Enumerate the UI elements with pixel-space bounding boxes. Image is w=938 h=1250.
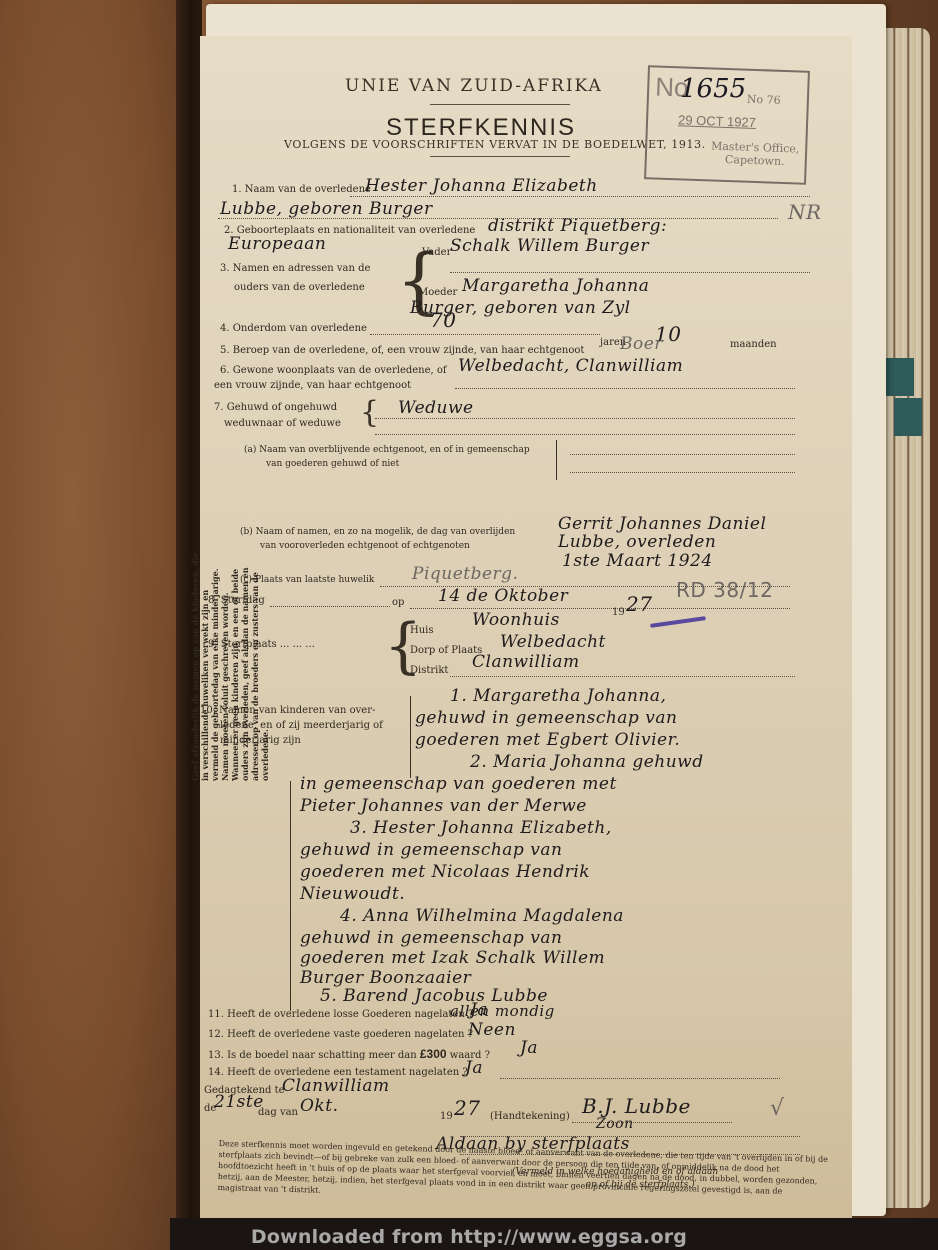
father-name: Schalk Willem Burger xyxy=(450,236,649,256)
child-line: in gemeenschap van goederen met xyxy=(300,774,617,794)
previous-spouse-line2: Lubbe, overleden xyxy=(558,532,716,552)
distrikt-label: Distrikt xyxy=(410,664,448,677)
months-label: maanden xyxy=(730,338,777,351)
question-11-answer: Ja xyxy=(470,1000,488,1020)
child-line: 4. Anna Wilhelmina Magdalena xyxy=(340,906,624,926)
brace-line xyxy=(410,696,411,778)
purple-ink-mark xyxy=(650,616,706,628)
child-line: 1. Margaretha Johanna, xyxy=(450,686,666,706)
child-line: 3. Hester Johanna Elizabeth, xyxy=(350,818,612,838)
deceased-name-line1: Hester Johanna Elizabeth xyxy=(365,176,598,196)
instructions-footer: Deze sterfkennis moet worden ingevuld en… xyxy=(217,1138,828,1209)
corner-mark: NR xyxy=(788,200,822,224)
field-4-label: 4. Onderdom van overledene xyxy=(220,322,367,335)
children-instructions-note: Geef afzonderlik de namen op van de kind… xyxy=(190,551,270,781)
dotted-line xyxy=(500,1078,780,1079)
country-heading: UNIE VAN ZUID-AFRIKA xyxy=(345,76,603,96)
death-notice-form: UNIE VAN ZUID-AFRIKA STERFKENNIS VOLGENS… xyxy=(200,36,852,1226)
child-line: goederen met Nicolaas Hendrik xyxy=(300,862,590,882)
dotted-line xyxy=(450,272,810,273)
child-line: Nieuwoudt. xyxy=(300,884,405,904)
signed-day-value: 21ste xyxy=(214,1092,264,1112)
child-line: gehuwd in gemeenschap van xyxy=(300,840,562,860)
question-14-answer: Ja xyxy=(465,1058,483,1078)
vader-label: Vader xyxy=(422,246,451,259)
dotted-line xyxy=(350,196,810,197)
huis-label: Huis xyxy=(410,624,434,637)
check-mark: √ xyxy=(770,1096,785,1121)
child-line: gehuwd in gemeenschap van xyxy=(415,708,677,728)
brace-line xyxy=(556,440,557,480)
residence-value: Welbedacht, Clanwilliam xyxy=(458,356,683,376)
birthplace-value: distrikt Piquetberg: xyxy=(488,216,667,236)
signed-year-value: 27 xyxy=(454,1096,480,1120)
field-7a-label: (a) Naam van overblijvende echtgenoot, e… xyxy=(244,444,530,457)
question-13: 13. Is de boedel naar schatting meer dan… xyxy=(208,1048,490,1062)
brace: { xyxy=(360,398,379,428)
death-date-value: 14 de Oktober xyxy=(438,586,568,606)
field-6-label-cont: een vrouw zijnde, van haar echtgenoot xyxy=(214,379,411,392)
house-value: Woonhuis xyxy=(472,610,560,630)
previous-spouse-death-date: 1ste Maart 1924 xyxy=(562,551,713,571)
question-11: 11. Heeft de overledene losse Goederen n… xyxy=(208,1008,473,1021)
stamp-date: 29 OCT 1927 xyxy=(678,112,756,130)
source-watermark: Downloaded from http://www.eggsa.org xyxy=(0,1226,938,1248)
year-prefix: 19 xyxy=(612,606,625,619)
stamp-no-suffix: No 76 xyxy=(747,93,781,107)
book-cover-left xyxy=(0,0,180,1250)
field-7b-label: (b) Naam of namen, en zo na mogelik, de … xyxy=(240,526,515,539)
dotted-line xyxy=(570,454,795,455)
district-value: Clanwilliam xyxy=(472,652,580,672)
capacity-line1: Zoon xyxy=(596,1116,634,1132)
previous-spouse-line1: Gerrit Johannes Daniel xyxy=(558,514,766,534)
header-rule xyxy=(430,104,570,105)
marital-status-value: Weduwe xyxy=(398,398,474,418)
field-7-label-cont: weduwnaar of weduwe xyxy=(224,417,341,430)
signature-label: (Handtekening) xyxy=(490,1110,570,1123)
handwritten-file-number: 1655 xyxy=(680,74,746,104)
question-12: 12. Heeft de overledene vaste goederen n… xyxy=(208,1028,473,1041)
field-7b-label-cont: van vooroverleden echtgenoot of echtgeno… xyxy=(260,540,470,553)
farm-value: Welbedacht xyxy=(500,632,606,652)
dotted-line xyxy=(570,472,795,473)
page-tab-marker xyxy=(886,358,914,396)
field-7a-label-cont: van goederen gehuwd of niet xyxy=(266,458,399,471)
child-line: Burger Boonzaaier xyxy=(300,968,471,988)
child-line: gehuwd in gemeenschap van xyxy=(300,928,562,948)
child-line: Pieter Johannes van der Merwe xyxy=(300,796,587,816)
dotted-line xyxy=(270,606,390,607)
child-line: goederen met Izak Schalk Willem xyxy=(300,948,605,968)
last-marriage-place: Piquetberg. xyxy=(412,564,518,584)
mother-name-line1: Margaretha Johanna xyxy=(462,276,649,296)
deceased-name-line2: Lubbe, geboren Burger xyxy=(220,199,433,219)
signature-value: B.J. Lubbe xyxy=(582,1094,691,1118)
form-subtitle: VOLGENS DE VOORSCHRIFTEN VERVAT IN DE BO… xyxy=(284,138,706,151)
age-years-value: 70 xyxy=(430,308,456,332)
dotted-line xyxy=(410,608,790,609)
dotted-line xyxy=(450,676,795,677)
field-6-label: 6. Gewone woonplaats van de overledene, … xyxy=(220,364,447,377)
field-3-label: 3. Namen en adressen van de xyxy=(220,262,370,275)
page-tab-marker xyxy=(894,398,922,436)
question-12-answer: Neen xyxy=(468,1020,516,1040)
pencil-reference: RD 38/12 xyxy=(676,578,773,602)
question-13-answer: Ja xyxy=(520,1038,538,1058)
signed-year-prefix: 19 xyxy=(440,1110,453,1123)
op-label: op xyxy=(392,596,404,609)
dotted-line xyxy=(370,334,600,335)
field-1-label: 1. Naam van de overledene xyxy=(232,183,371,196)
field-3-label-cont: ouders van de overledene xyxy=(234,281,365,294)
nationality-value: Europeaan xyxy=(228,234,326,254)
signed-month-value: Okt. xyxy=(300,1096,338,1116)
brace-line xyxy=(290,781,291,1011)
signed-at-value: Clanwilliam xyxy=(282,1076,390,1096)
dotted-line xyxy=(455,388,795,389)
day-of-label: dag van xyxy=(258,1106,298,1119)
header-rule xyxy=(430,156,570,157)
dotted-line xyxy=(375,434,795,435)
child-line: 2. Maria Johanna gehuwd xyxy=(470,752,704,772)
dotted-line xyxy=(375,418,795,419)
child-line: goederen met Egbert Olivier. xyxy=(415,730,680,750)
stamp-office: Master's Office, Capetown. xyxy=(707,139,804,168)
death-year-value: 27 xyxy=(626,592,652,616)
field-7-label: 7. Gehuwd of ongehuwd xyxy=(214,401,337,414)
occupation-value: Boer xyxy=(620,334,663,354)
